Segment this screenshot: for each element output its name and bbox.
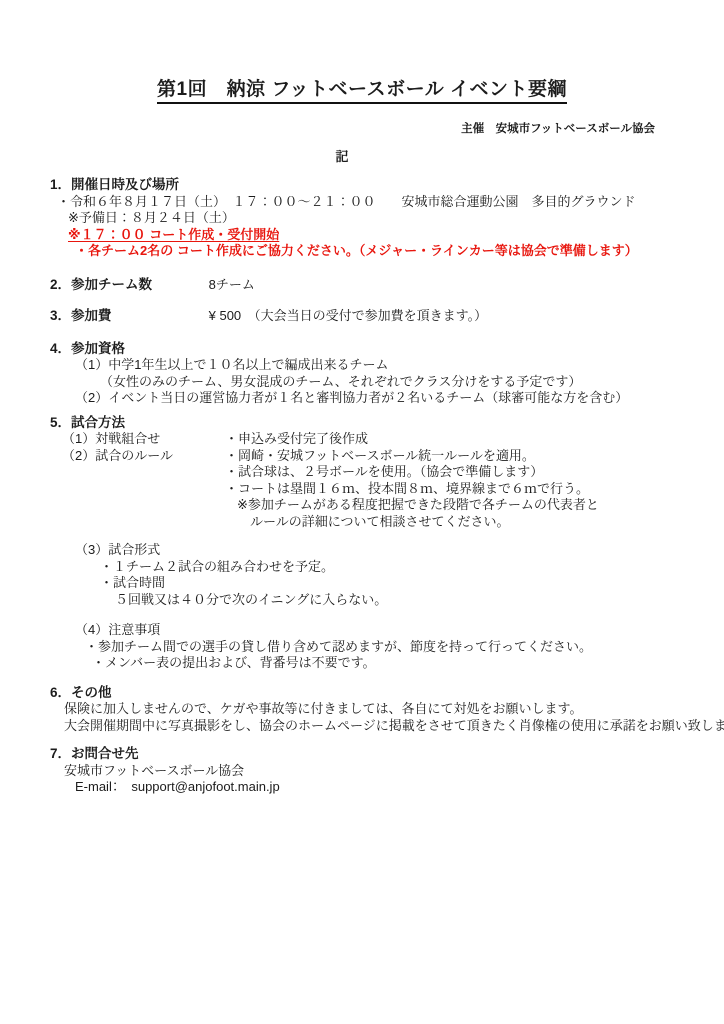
section-4-line: （女性のみのチーム、男女混成のチーム、それぞれでクラス分けをする予定です） xyxy=(0,374,724,391)
section-3-value: ¥ 500 （大会当日の受付で参加費を頂きます。） xyxy=(209,308,488,323)
section-5-row-label xyxy=(62,464,225,481)
section-7-heading: 7．お問合せ先 xyxy=(0,746,724,763)
section-5-3-heading: （3）試合形式 xyxy=(0,542,724,559)
section-1-line: ・令和６年８月１７日（土） １７：００～２１：００ 安城市総合運動公園 多目的グ… xyxy=(0,194,724,211)
section-4-line: （2）イベント当日の運営協力者が１名と審判協力者が２名いるチーム（球審可能な方を… xyxy=(0,390,724,407)
section-4-heading: 4．参加資格 xyxy=(0,341,724,358)
section-1-line-red-underline: ※１７：００ コート作成・受付開始 xyxy=(0,227,724,244)
section-3-row: 3．参加費 ¥ 500 （大会当日の受付で参加費を頂きます。） xyxy=(0,308,724,325)
section-1-line: ※予備日：８月２４日（土） xyxy=(0,210,724,227)
section-5-row-label xyxy=(62,497,225,514)
section-1-line-red: ・各チーム2名の コート作成にご協力ください。（メジャー・ラインカー等は協会で準… xyxy=(0,243,724,260)
section-5-row: （2）試合のルール ・岡崎・安城フットベースボール統一ルールを適用。 xyxy=(62,448,724,465)
page-title: 第1回 納涼 フットベースボール イベント要綱 xyxy=(157,78,567,104)
section-7-email-line: E-mail： support@anjofoot.main.jp xyxy=(0,779,724,796)
organizer-line: 主催 安城市フットベースボール協会 xyxy=(0,121,724,138)
section-3-heading: 3．参加費 xyxy=(50,308,205,325)
section-4-line: （1）中学1年生以上で１０名以上で編成出来るチーム xyxy=(0,357,724,374)
title-row: 第1回 納涼 フットベースボール イベント要綱 xyxy=(0,0,724,104)
section-5-4-line: ・メンバー表の提出および、背番号は不要です。 xyxy=(0,655,724,672)
section-5-row-label: （2）試合のルール xyxy=(62,448,225,465)
section-2-value: 8チーム xyxy=(209,277,255,292)
section-5-row-text: ・コートは塁間１６ｍ、投本間８ｍ、境界線まで６ｍで行う。 xyxy=(225,481,589,498)
section-6-line: 大会開催期間中に写真撮影をし、協会のホームページに掲載をさせて頂きたく肖像権の使… xyxy=(0,718,724,735)
section-6-heading: 6．その他 xyxy=(0,685,724,702)
section-5-row: ※参加チームがある程度把握できた段階で各チームの代表者と xyxy=(62,497,724,514)
section-5-row-text: ・申込み受付完了後作成 xyxy=(225,431,368,448)
section-5-row-text: ルールの詳細について相談させてください。 xyxy=(225,514,509,531)
section-5-row: ・試合球は、２号ボールを使用。（協会で準備します） xyxy=(62,464,724,481)
section-5-heading: 5．試合方法 xyxy=(0,415,724,432)
section-5-3-line: ・試合時間 xyxy=(0,575,724,592)
section-2-heading: 2．参加チーム数 xyxy=(50,277,205,294)
section-7-line: 安城市フットベースボール協会 xyxy=(0,763,724,780)
section-5-row-text: ・試合球は、２号ボールを使用。（協会で準備します） xyxy=(225,464,543,481)
section-5-4-line: ・参加チーム間での選手の貸し借り含めて認めますが、節度を持って行ってください。 xyxy=(0,639,724,656)
section-5-row-label xyxy=(62,514,225,531)
section-5-row: （1）対戦組合せ ・申込み受付完了後作成 xyxy=(62,431,724,448)
section-5-row-text: ・岡崎・安城フットベースボール統一ルールを適用。 xyxy=(225,448,535,465)
section-1-heading: 1．開催日時及び場所 xyxy=(0,177,724,194)
section-5-row-label: （1）対戦組合せ xyxy=(62,431,225,448)
section-5-row-label xyxy=(62,481,225,498)
document-page: 第1回 納涼 フットベースボール イベント要綱 主催 安城市フットベースボール協… xyxy=(0,0,724,1024)
ki-mark: 記 xyxy=(0,149,704,166)
section-5-row-text: ※参加チームがある程度把握できた段階で各チームの代表者と xyxy=(225,497,599,514)
section-5-4-heading: （4）注意事項 xyxy=(0,622,724,639)
section-6-line: 保険に加入しませんので、ケガや事故等に付きましては、各自にて対処をお願いします。 xyxy=(0,701,724,718)
section-5-table: （1）対戦組合せ ・申込み受付完了後作成 （2）試合のルール ・岡崎・安城フット… xyxy=(62,431,724,530)
section-2-row: 2．参加チーム数 8チーム xyxy=(0,277,724,294)
section-5-row: ルールの詳細について相談させてください。 xyxy=(62,514,724,531)
section-5-3-line: ・１チーム２試合の組み合わせを予定。 xyxy=(0,559,724,576)
section-5-3-line: ５回戦又は４０分で次のイニングに入らない。 xyxy=(0,592,724,609)
section-5-row: ・コートは塁間１６ｍ、投本間８ｍ、境界線まで６ｍで行う。 xyxy=(62,481,724,498)
